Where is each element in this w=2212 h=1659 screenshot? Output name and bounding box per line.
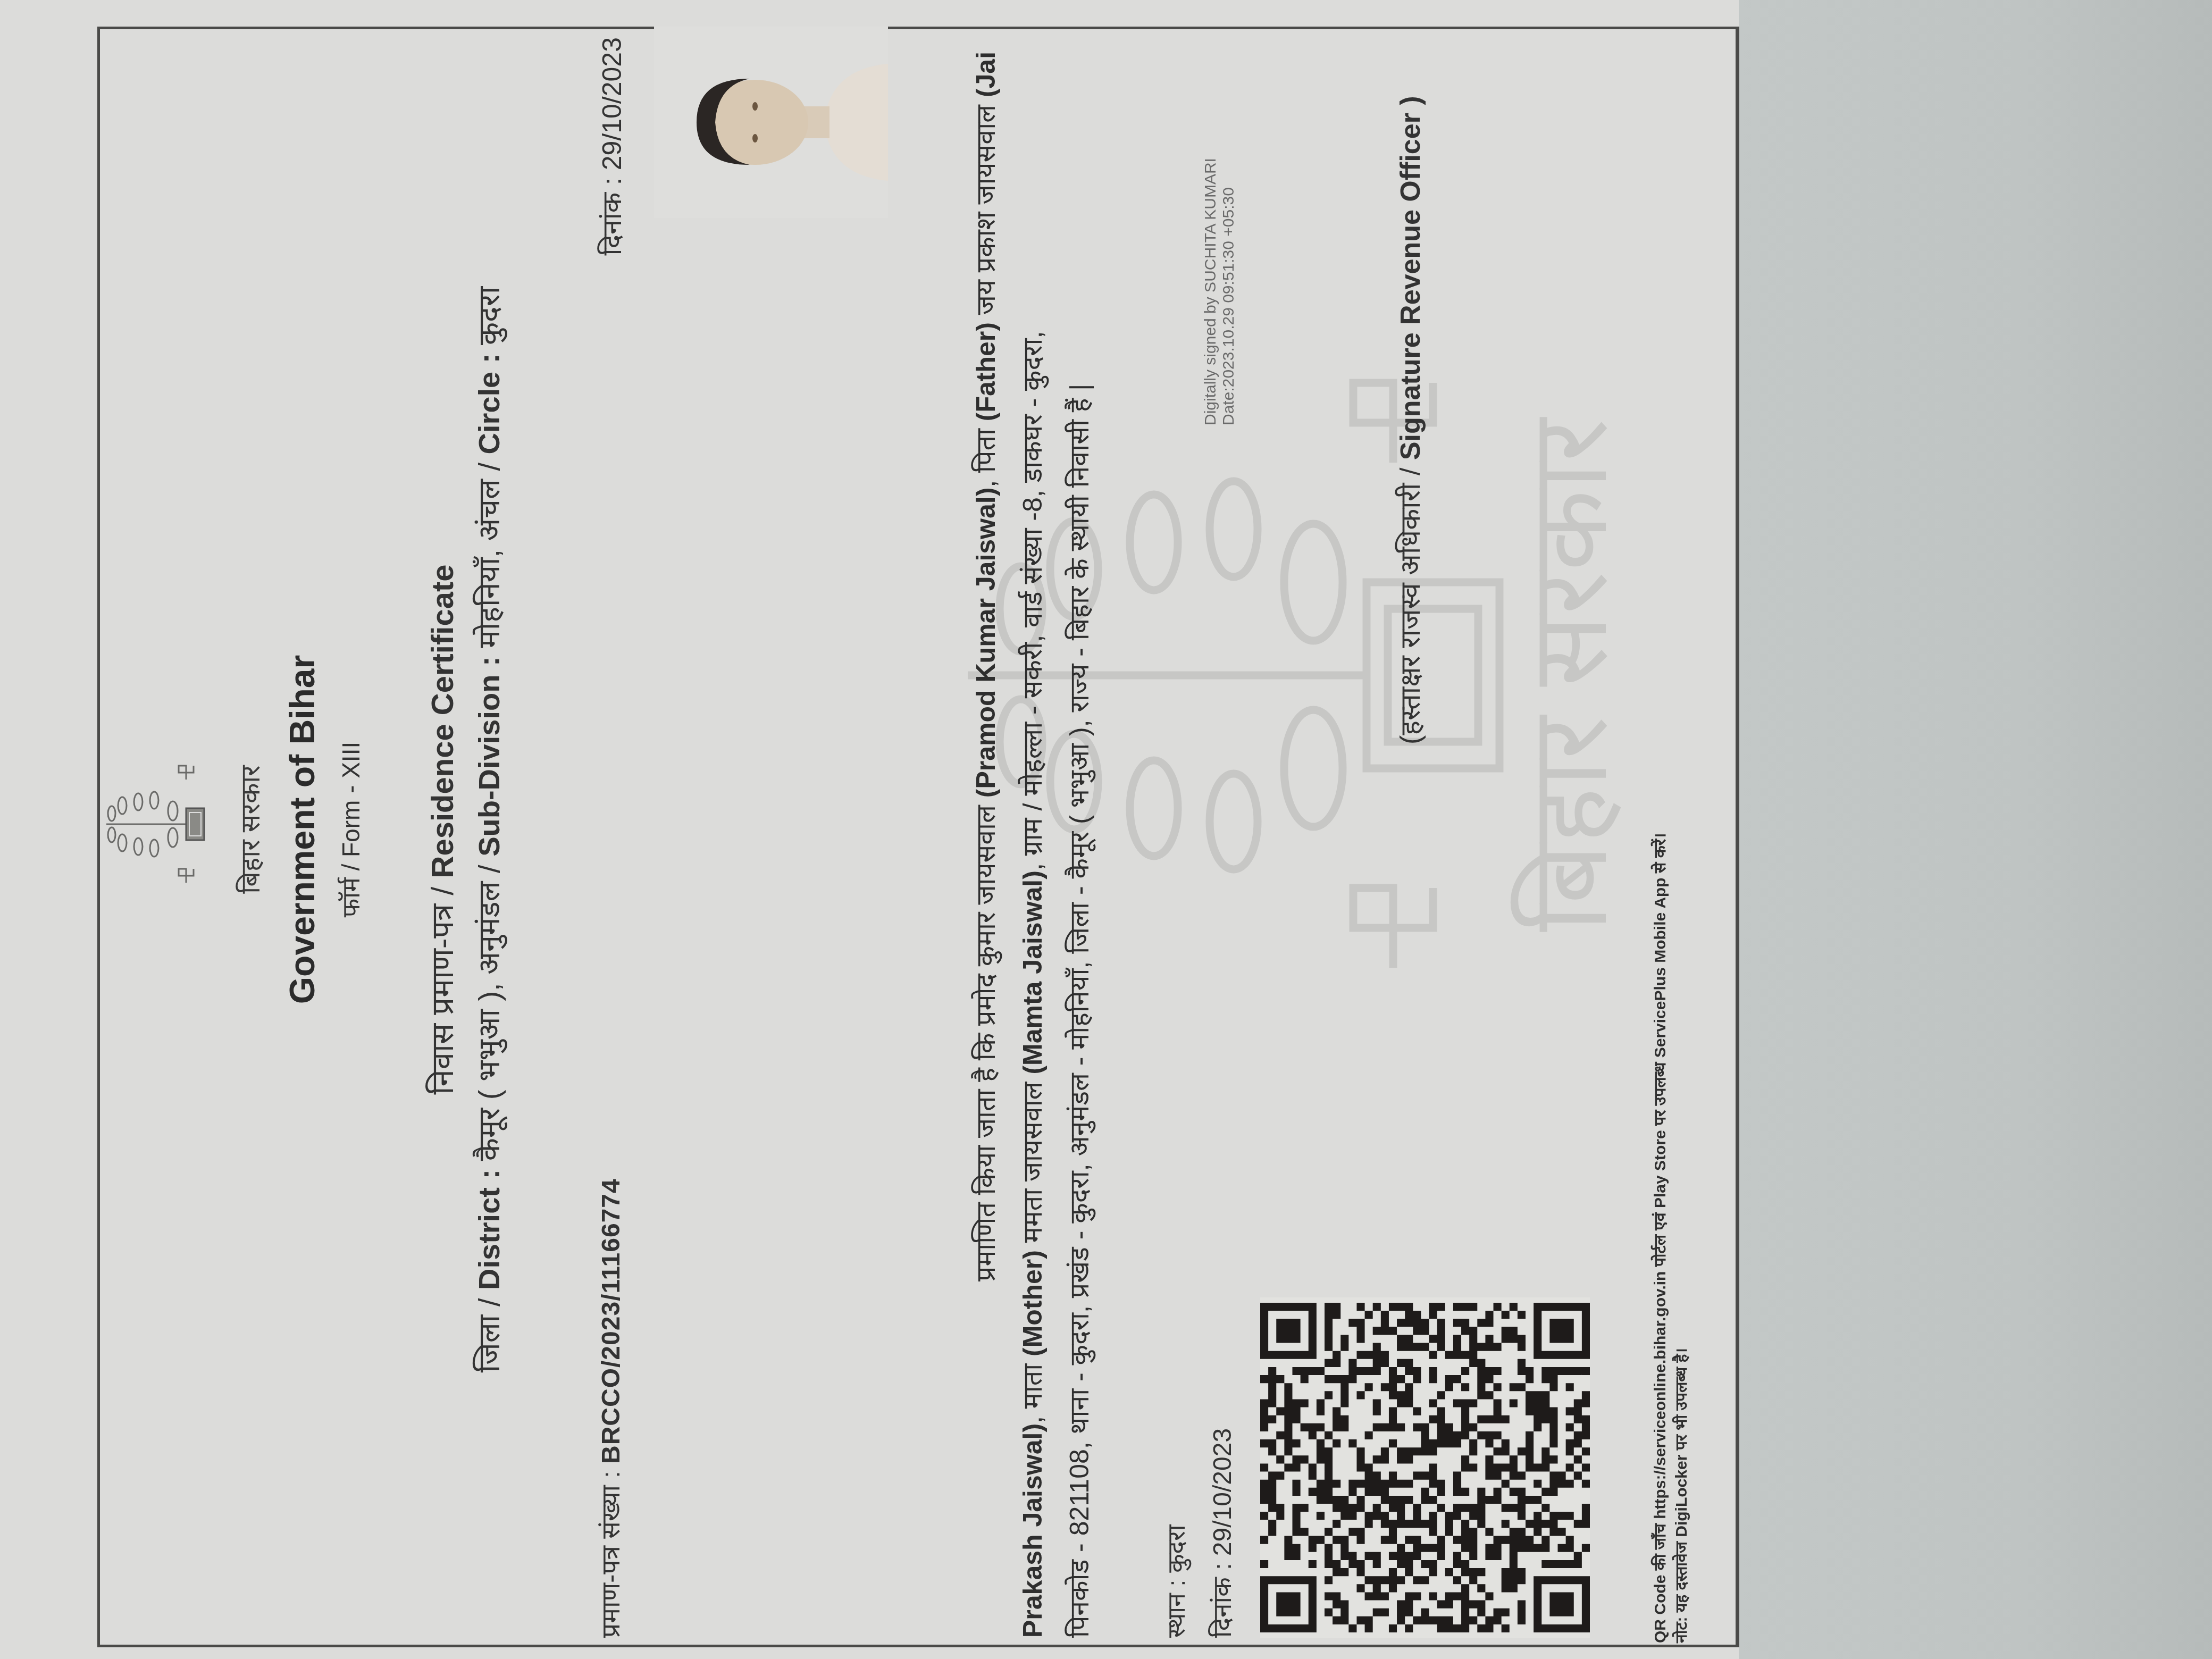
jurisdiction-line: जिला / District : कैमूर ( भभुआ ), अनुमंड… [468,0,508,1659]
applicant-name-english: (Pramod Kumar Jaiswal) [971,488,1001,798]
digital-signature-date: Date:2023.10.29 09:51:30 +05:30 [1220,158,1238,425]
bihar-emblem-logo-icon [85,755,213,893]
address-segment: , ग्राम / मोहल्ला - सकरी, वार्ड संख्या -… [1018,331,1048,870]
father-name-hindi: जय प्रकाश जायसवाल [971,97,1001,322]
signature-label: (हस्ताक्षर राजस्व अधिकारी / Signature Re… [1390,96,1428,744]
signature-label-hindi: (हस्ताक्षर राजस्व अधिकारी / [1395,460,1426,744]
circle-value: कुदरा [472,287,506,354]
digilocker-note: नोट: यह दस्तावेज DigiLocker पर भी उपलब्ध… [1670,1348,1691,1643]
mother-name-hindi: ममता जायसवाल [1018,1075,1048,1250]
body-line-3: पिनकोड - 821108, थाना - कुदरा, प्रखंड - … [1056,43,1103,1638]
applicant-photo [654,27,888,218]
body-text-segment: , माता [1018,1356,1048,1423]
body-text-segment: , पिता [971,421,1001,487]
digital-signature: Digitally signed by SUCHITA KUMARI Date:… [1202,158,1238,425]
district-value: कैमूर ( भभुआ ), अनुमंडल / [472,857,506,1169]
body-line-2: Prakash Jaiswal), माता (Mother) ममता जाय… [1009,43,1056,1638]
certificate-number-label: प्रमाण-पत्र संख्या : [597,1464,625,1638]
issue-date-bottom: दिनांक : 29/10/2023 [1204,1428,1239,1638]
circle-label: Circle : [472,354,506,455]
mother-label: (Mother) [1018,1250,1048,1356]
svg-text:बिहार सरकार: बिहार सरकार [1510,417,1629,932]
residence-certificate: बिहार सरकार बिहार सरकार Government of Bi… [0,0,1755,1659]
background-surface [1739,0,2212,1659]
issue-date-top: दिनांक : 29/10/2023 [593,37,629,256]
signature-label-english: Signature Revenue Officer ) [1395,96,1426,460]
father-label: (Father) [971,322,1001,421]
place: स्थान : कुदरा [1159,1524,1192,1638]
subdivision-label: Sub-Division : [472,656,506,856]
certificate-body: प्रमाणित किया जाता है कि प्रमोद कुमार जा… [962,43,1103,1638]
father-name-english-end: Prakash Jaiswal) [1018,1423,1048,1638]
certificate-title-hindi: निवास प्रमाण-पत्र / [425,878,460,1094]
body-text-segment: प्रमाणित किया जाता है कि प्रमोद कुमार जा… [971,798,1001,1281]
certificate-number: प्रमाण-पत्र संख्या : BRCCO/2023/11166774 [593,1178,627,1638]
qr-verification-note: QR Code की जाँच https://serviceonline.bi… [1648,833,1670,1643]
body-line-1: प्रमाणित किया जाता है कि प्रमोद कुमार जा… [962,43,1009,1638]
father-name-english-start: (Jai [971,52,1001,97]
form-number: फॉर्म / Form - XIII [334,0,367,1659]
certificate-number-value: BRCCO/2023/11166774 [597,1178,625,1464]
certificate-title-english: Residence Certificate [425,565,460,878]
certificate-title: निवास प्रमाण-पत्र / Residence Certificat… [420,0,462,1659]
subdivision-value: मोहनियाँ, अंचल / [472,454,506,656]
mother-name-english: (Mamta Jaiswal) [1018,870,1048,1074]
state-name-hindi: बिहार सरकार [231,0,267,1659]
district-label: जिला / [472,1290,506,1372]
qr-code[interactable] [1260,1297,1590,1638]
government-title: Government of Bihar [282,0,322,1659]
district-label-en: District : [472,1169,506,1290]
digital-signature-signer: Digitally signed by SUCHITA KUMARI [1202,158,1220,425]
